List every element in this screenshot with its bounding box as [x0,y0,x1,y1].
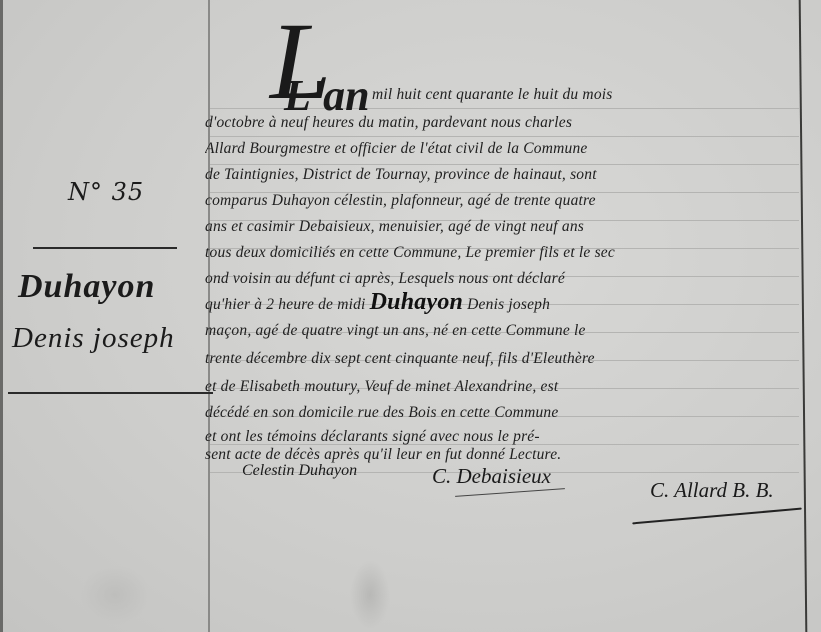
register-page: N° 35 Duhayon Denis joseph L L'an mil hu… [0,0,821,632]
text-line-with-name: qu'hier à 2 heure de midi Duhayon Denis … [205,286,805,318]
signature-flourish [455,488,565,497]
text-line: trente décembre dix sept cent cinquante … [205,350,805,368]
text-line: Allard Bourgmestre et officier de l'état… [205,140,805,158]
text-line: de Taintignies, District de Tournay, pro… [205,166,805,184]
inline-surname: Duhayon [370,289,463,315]
signature-allard: C. Allard B. B. [650,478,774,503]
text-line: et ont les témoins déclarants signé avec… [205,428,805,446]
signature-flourish [632,508,802,525]
text-fragment: qu'hier à 2 heure de midi [205,296,366,313]
margin-given-names: Denis joseph [12,322,175,355]
margin-separator [33,247,177,249]
text-line: ans et casimir Debaisieux, menuisier, ag… [205,218,805,236]
inline-given-names: Denis joseph [467,296,550,313]
page-binding-edge [0,0,3,632]
signature-debaisieux: C. Debaisieux [432,464,551,489]
ruled-line [210,136,799,137]
text-line: et de Elisabeth moutury, Veuf de minet A… [205,378,805,396]
text-line: mil huit cent quarante le huit du mois [372,86,804,104]
text-line: maçon, agé de quatre vingt un ans, né en… [205,322,805,340]
text-line: d'octobre à neuf heures du matin, pardev… [205,114,805,132]
entry-number: N° 35 [68,178,144,206]
margin-bottom-rule [8,392,213,394]
text-line: décédé en son domicile rue des Bois en c… [205,404,805,422]
text-line: tous deux domiciliés en cette Commune, L… [205,244,805,262]
margin-surname: Duhayon [18,268,155,306]
signature-celestin-duhayon: Celestin Duhayon [242,462,357,480]
ink-smudge [80,565,150,625]
text-line: comparus Duhayon célestin, plafonneur, a… [205,192,805,210]
ruled-line [210,164,799,165]
ink-smudge [350,560,390,630]
